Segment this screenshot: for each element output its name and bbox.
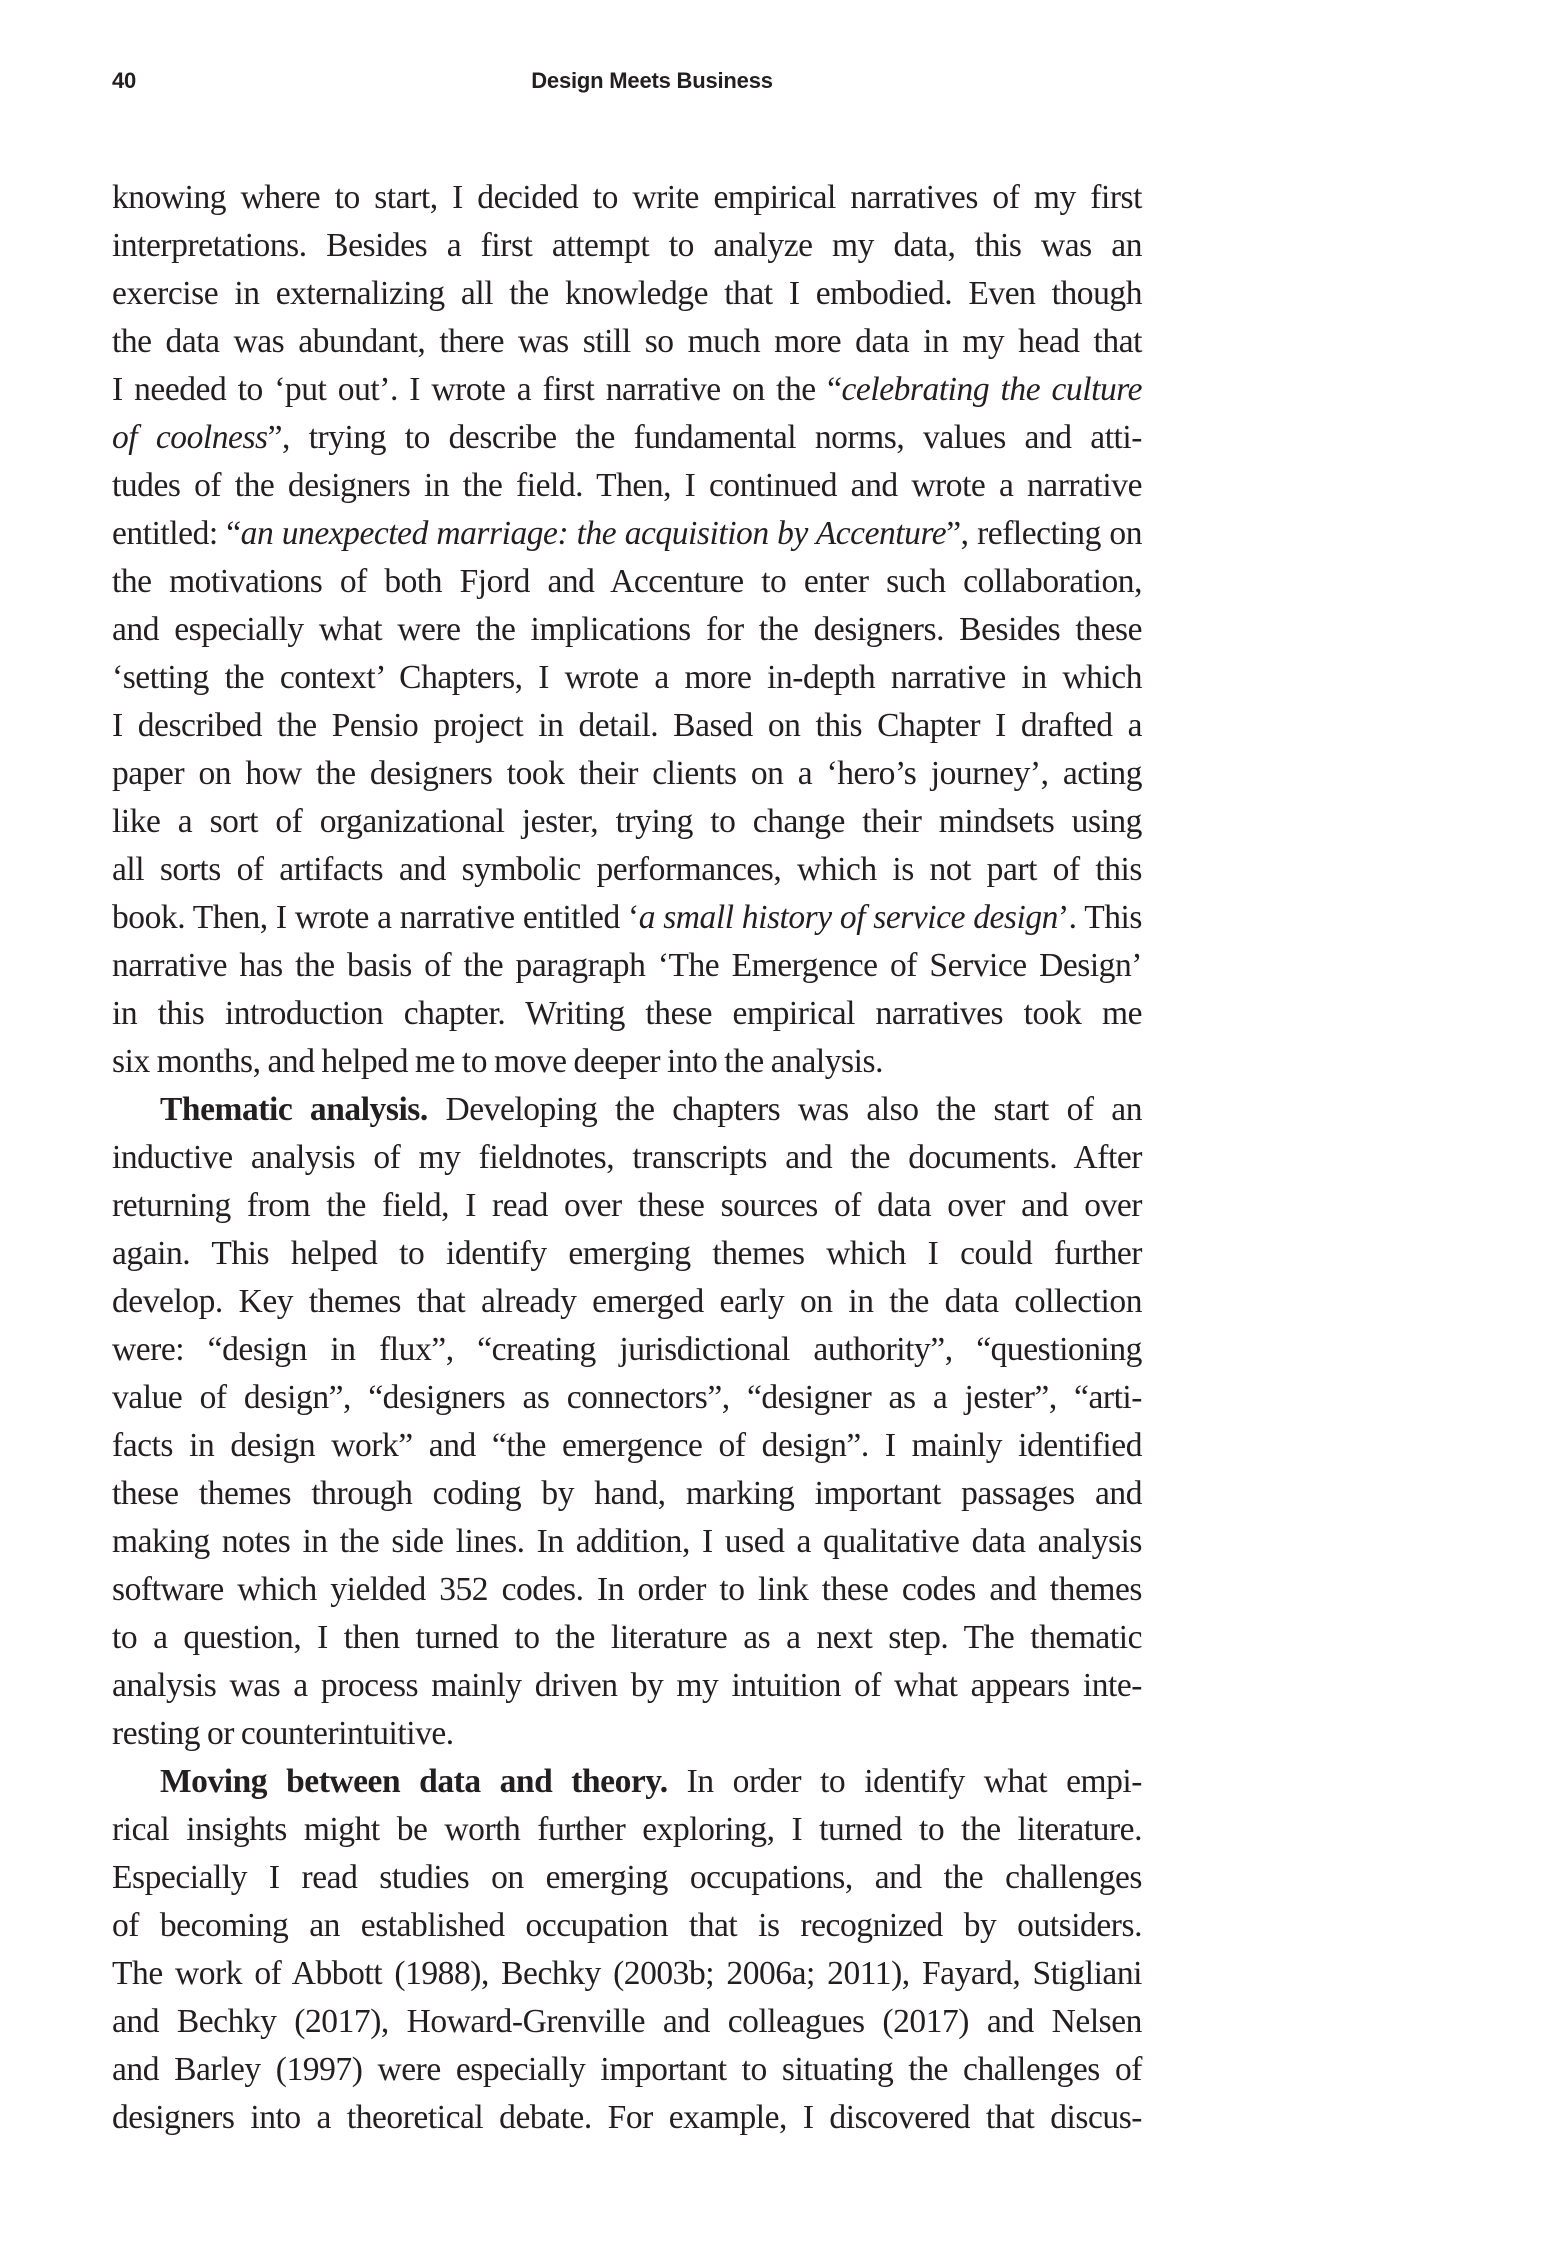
text-run: develop. Key themes that already emerged… xyxy=(112,1283,1142,1320)
text-run: Developing the chapters was also the sta… xyxy=(428,1091,1142,1128)
text-run: ”, trying to describe the fundamental no… xyxy=(268,419,1142,456)
text-run: and Bechky (2017), Howard-Grenville and … xyxy=(112,2003,1142,2040)
text-line: Especially I read studies on emerging oc… xyxy=(112,1854,1142,1902)
running-head: 40 Design Meets Business xyxy=(112,68,1142,100)
text-run: software which yielded 352 codes. In ord… xyxy=(112,1571,1142,1608)
text-run: Especially I read studies on emerging oc… xyxy=(112,1859,1142,1896)
text-line: the data was abundant, there was still s… xyxy=(112,318,1142,366)
text-line: Thematic analysis. Developing the chapte… xyxy=(112,1086,1142,1134)
book-title: Design Meets Business xyxy=(531,68,773,94)
text-line: interpretations. Besides a first attempt… xyxy=(112,222,1142,270)
italic-title: celebrating the culture xyxy=(842,371,1143,408)
text-run: all sorts of artifacts and symbolic perf… xyxy=(112,851,1142,888)
run-in-heading: Thematic analysis. xyxy=(160,1091,428,1128)
text-run: like a sort of organizational jester, tr… xyxy=(112,803,1142,840)
text-run: analysis was a process mainly driven by … xyxy=(112,1667,1142,1704)
text-line: of becoming an established occupation th… xyxy=(112,1902,1142,1950)
text-run: returning from the field, I read over th… xyxy=(112,1187,1142,1224)
text-run: rical insights might be worth further ex… xyxy=(112,1811,1142,1848)
text-line: narrative has the basis of the paragraph… xyxy=(112,942,1142,990)
text-line: develop. Key themes that already emerged… xyxy=(112,1278,1142,1326)
text-run: narrative has the basis of the paragraph… xyxy=(112,947,1142,984)
text-line: all sorts of artifacts and symbolic perf… xyxy=(112,846,1142,894)
text-line: The work of Abbott (1988), Bechky (2003b… xyxy=(112,1950,1142,1998)
text-run: facts in design work” and “the emergence… xyxy=(112,1427,1142,1464)
italic-title: an unexpected marriage: the acquisition … xyxy=(241,515,947,552)
text-line: software which yielded 352 codes. In ord… xyxy=(112,1566,1142,1614)
text-run: I needed to ‘put out’. I wrote a first n… xyxy=(112,371,842,408)
text-line: inductive analysis of my fieldnotes, tra… xyxy=(112,1134,1142,1182)
text-run: six months, and helped me to move deeper… xyxy=(112,1043,883,1080)
page-number: 40 xyxy=(112,68,136,94)
text-run: in this introduction chapter. Writing th… xyxy=(112,995,1142,1032)
text-line: I described the Pensio project in detail… xyxy=(112,702,1142,750)
text-line: resting or counterintuitive. xyxy=(112,1710,1142,1758)
text-line: in this introduction chapter. Writing th… xyxy=(112,990,1142,1038)
text-line: rical insights might be worth further ex… xyxy=(112,1806,1142,1854)
text-run: I described the Pensio project in detail… xyxy=(112,707,1142,744)
text-run: ’. This xyxy=(1058,899,1142,936)
text-run: entitled: “ xyxy=(112,515,241,552)
text-line: analysis was a process mainly driven by … xyxy=(112,1662,1142,1710)
text-run: and Barley (1997) were especially import… xyxy=(112,2051,1142,2088)
text-line: six months, and helped me to move deeper… xyxy=(112,1038,1142,1086)
text-line: the motivations of both Fjord and Accent… xyxy=(112,558,1142,606)
text-run: again. This helped to identify emerging … xyxy=(112,1235,1142,1272)
text-run: The work of Abbott (1988), Bechky (2003b… xyxy=(112,1955,1142,1992)
text-line: exercise in externalizing all the knowle… xyxy=(112,270,1142,318)
text-run: of becoming an established occupation th… xyxy=(112,1907,1142,1944)
body-text: knowing where to start, I decided to wri… xyxy=(112,174,1142,2142)
text-line: like a sort of organizational jester, tr… xyxy=(112,798,1142,846)
text-line: and Barley (1997) were especially import… xyxy=(112,2046,1142,2094)
text-line: I needed to ‘put out’. I wrote a first n… xyxy=(112,366,1142,414)
text-run: the motivations of both Fjord and Accent… xyxy=(112,563,1142,600)
text-line: to a question, I then turned to the lite… xyxy=(112,1614,1142,1662)
text-run: resting or counterintuitive. xyxy=(112,1715,454,1752)
text-run: paper on how the designers took their cl… xyxy=(112,755,1142,792)
text-line: book. Then, I wrote a narrative entitled… xyxy=(112,894,1142,942)
text-run: were: “design in flux”, “creating jurisd… xyxy=(112,1331,1142,1368)
text-line: designers into a theoretical debate. For… xyxy=(112,2094,1142,2142)
italic-title: a small history of service design xyxy=(639,899,1058,936)
text-run: designers into a theoretical debate. For… xyxy=(112,2099,1142,2136)
text-run: ‘setting the context’ Chapters, I wrote … xyxy=(112,659,1142,696)
text-line: Moving between data and theory. In order… xyxy=(112,1758,1142,1806)
text-run: inductive analysis of my fieldnotes, tra… xyxy=(112,1139,1142,1176)
text-run: book. Then, I wrote a narrative entitled… xyxy=(112,899,639,936)
text-run: knowing where to start, I decided to wri… xyxy=(112,179,1142,216)
text-run: tudes of the designers in the field. The… xyxy=(112,467,1142,504)
text-line: value of design”, “designers as connecto… xyxy=(112,1374,1142,1422)
text-line: again. This helped to identify emerging … xyxy=(112,1230,1142,1278)
text-line: knowing where to start, I decided to wri… xyxy=(112,174,1142,222)
text-line: returning from the field, I read over th… xyxy=(112,1182,1142,1230)
text-run: interpretations. Besides a first attempt… xyxy=(112,227,1142,264)
text-line: these themes through coding by hand, mar… xyxy=(112,1470,1142,1518)
text-line: making notes in the side lines. In addit… xyxy=(112,1518,1142,1566)
text-run: exercise in externalizing all the knowle… xyxy=(112,275,1142,312)
text-run: and especially what were the implication… xyxy=(112,611,1142,648)
text-line: facts in design work” and “the emergence… xyxy=(112,1422,1142,1470)
text-line: tudes of the designers in the field. The… xyxy=(112,462,1142,510)
text-line: paper on how the designers took their cl… xyxy=(112,750,1142,798)
text-run: ”, reflecting on xyxy=(946,515,1142,552)
text-line: of coolness”, trying to describe the fun… xyxy=(112,414,1142,462)
text-line: and especially what were the implication… xyxy=(112,606,1142,654)
text-run: these themes through coding by hand, mar… xyxy=(112,1475,1142,1512)
text-run: making notes in the side lines. In addit… xyxy=(112,1523,1142,1560)
text-line: ‘setting the context’ Chapters, I wrote … xyxy=(112,654,1142,702)
text-run: In order to identify what empi- xyxy=(668,1763,1142,1800)
text-line: were: “design in flux”, “creating jurisd… xyxy=(112,1326,1142,1374)
text-run: value of design”, “designers as connecto… xyxy=(112,1379,1142,1416)
text-run: the data was abundant, there was still s… xyxy=(112,323,1142,360)
text-line: and Bechky (2017), Howard-Grenville and … xyxy=(112,1998,1142,2046)
italic-title: of coolness xyxy=(112,419,268,456)
run-in-heading: Moving between data and theory. xyxy=(160,1763,668,1800)
text-run: to a question, I then turned to the lite… xyxy=(112,1619,1142,1656)
text-line: entitled: “an unexpected marriage: the a… xyxy=(112,510,1142,558)
